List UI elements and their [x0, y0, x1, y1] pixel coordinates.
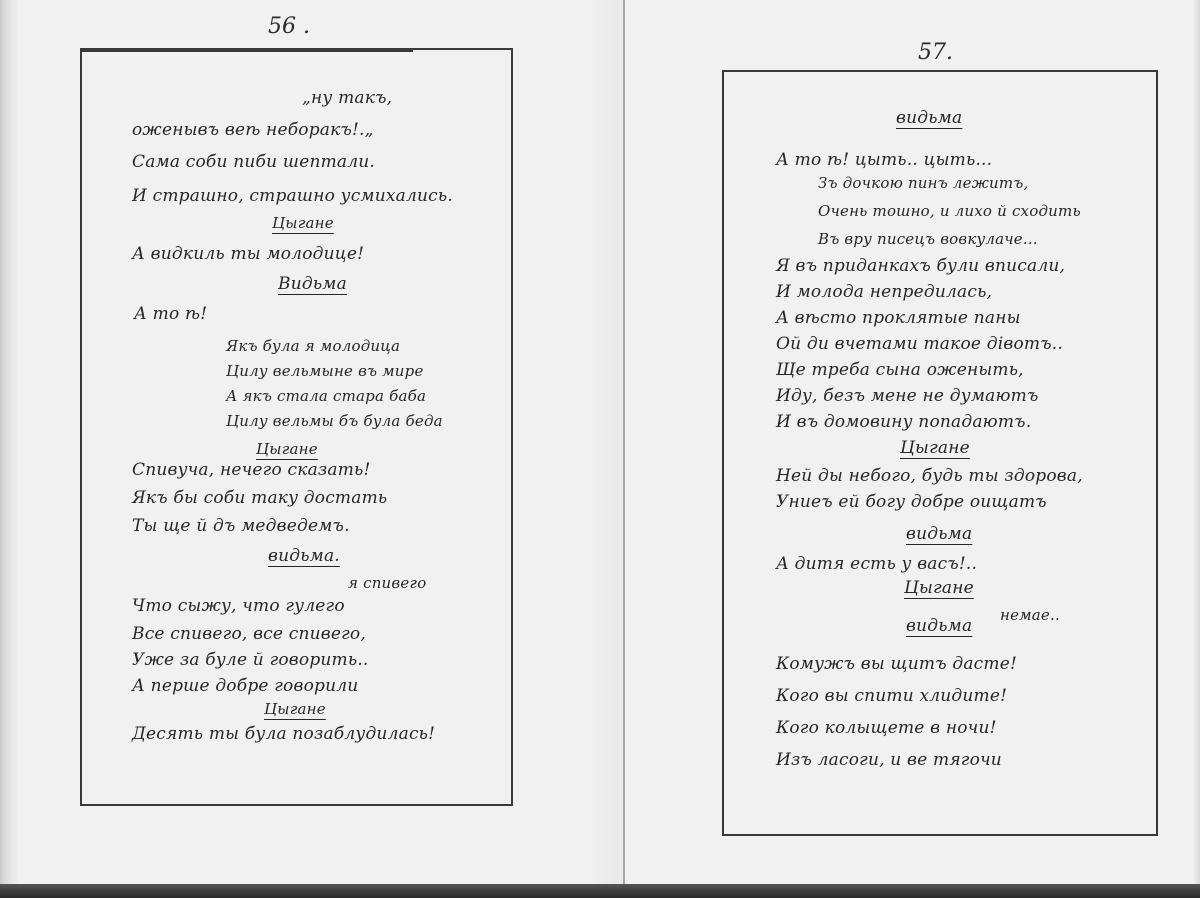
book-spine	[623, 0, 625, 884]
text-line: И молода непредилась,	[776, 282, 992, 302]
text-line-insert: немае..	[1000, 606, 1060, 624]
text-line: Изъ ласоги, и ве тягочи	[776, 750, 1002, 770]
speaker-heading: видьма	[896, 108, 962, 128]
text-line: А перше добре говорили	[132, 676, 358, 696]
text-line: А то ѣ! цыть.. цыть...	[776, 150, 992, 170]
text-line: Ще треба сына оженыть,	[776, 360, 1024, 380]
text-line: А видкиль ты молодице!	[132, 244, 364, 264]
speaker-heading: Цыгане	[272, 214, 334, 232]
speaker-heading: Видьма	[278, 274, 347, 294]
speaker-heading: Цыгане	[256, 440, 318, 458]
text-line: „ну такъ,	[302, 88, 392, 108]
text-line: И страшно, страшно усмихались.	[132, 186, 453, 206]
text-line: Комужъ вы щитъ дасте!	[776, 654, 1017, 674]
page-number-right: 57.	[918, 40, 953, 65]
text-line: Униеъ ей богу добре оищатъ	[776, 492, 1047, 512]
text-line: А то ѣ!	[134, 304, 207, 324]
text-line: Ты ще й дъ медведемъ.	[132, 516, 350, 536]
text-line: Все спивего, все спивего,	[132, 624, 366, 644]
speaker-heading: видьма	[906, 616, 972, 636]
text-line: Десять ты була позаблудилась!	[132, 724, 435, 744]
text-line: Что сыжу, что гулего	[132, 596, 345, 616]
text-line: Цилу вельмы бъ була беда	[226, 412, 443, 430]
text-line: Сама соби пиби шептали.	[132, 152, 375, 172]
spine-shadow	[590, 0, 624, 884]
text-line: Ой ди вчетами такое дівотъ..	[776, 334, 1063, 354]
text-line: Кого колыщете в ночи!	[776, 718, 997, 738]
text-line: Якъ бы соби таку достать	[132, 488, 387, 508]
text-line: Спивуча, нечего сказать!	[132, 460, 371, 480]
text-line: Въ вру писецъ вовкулаче...	[818, 230, 1038, 248]
text-line: А вѣсто проклятые паны	[776, 308, 1021, 328]
text-line: Я въ приданкахъ були вписали,	[776, 256, 1065, 276]
text-line: Иду, безъ мене не думаютъ	[776, 386, 1038, 406]
text-line: Очень тошно, и лихо й сходить	[818, 202, 1081, 220]
text-line: Кого вы спити хлидите!	[776, 686, 1007, 706]
page-edge-right	[1194, 0, 1200, 884]
scan-bottom-edge	[0, 884, 1200, 898]
speaker-heading: Цыгане	[904, 578, 974, 598]
text-line: оженывъ веѣ неборакъ!.„	[132, 120, 374, 140]
text-line: А якъ стала стара баба	[226, 387, 426, 405]
text-line: Уже за буле й говорить..	[132, 650, 369, 670]
notebook-spread: 56 . „ну такъ, оженывъ веѣ неборакъ!.„ С…	[0, 0, 1200, 884]
speaker-heading: видьма.	[268, 546, 340, 566]
speaker-heading: видьма	[906, 524, 972, 544]
page-number-left: 56 .	[268, 14, 310, 39]
speaker-heading: Цыгане	[900, 438, 970, 458]
text-line: Ней ды небого, будь ты здорова,	[776, 466, 1083, 486]
text-line: И въ домовину попадаютъ.	[776, 412, 1031, 432]
text-line: А дитя есть у васъ!..	[776, 554, 977, 574]
text-line: Зъ дочкою пинъ лежитъ,	[818, 174, 1028, 192]
page-edge-left	[0, 0, 18, 884]
text-line: Якъ була я молодица	[226, 337, 400, 355]
speaker-heading: Цыгане	[264, 700, 326, 718]
text-line-insert: я спивего	[348, 574, 426, 592]
text-line: Цилу вельмыне въ мире	[226, 362, 424, 380]
